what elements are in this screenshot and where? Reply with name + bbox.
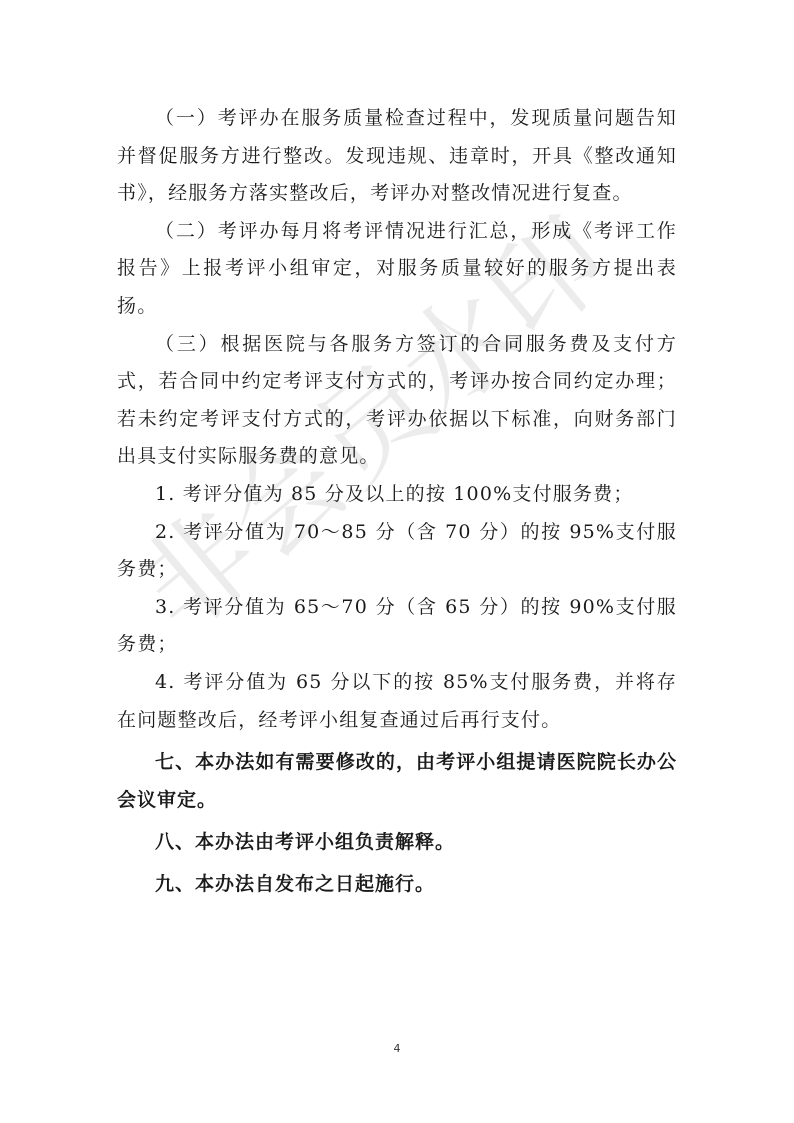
list-item-score-below-65: 4. 考评分值为 65 分以下的按 85%支付服务费，并将存在问题整改后，经考评… (117, 664, 677, 739)
section-seven-amendment: 七、本办法如有需要修改的，由考评小组提请医院院长办公会议审定。 (117, 743, 677, 819)
paragraph-monthly-summary: （二）考评办每月将考评情况进行汇总，形成《考评工作报告》上报考评小组审定，对服务… (117, 213, 677, 326)
page-number: 4 (0, 1042, 794, 1055)
document-page: 非会员水印 （一）考评办在服务质量检查过程中，发现质量问题告知并督促服务方进行整… (0, 0, 794, 1123)
list-item-score-85-plus: 1. 考评分值为 85 分及以上的按 100%支付服务费； (117, 476, 677, 514)
list-item-score-65-70: 3. 考评分值为 65～70 分（含 65 分）的按 90%支付服务费； (117, 589, 677, 664)
document-body: （一）考评办在服务质量检查过程中，发现质量问题告知并督促服务方进行整改。发现违规… (117, 100, 677, 903)
section-eight-interpretation: 八、本办法由考评小组负责解释。 (117, 823, 677, 861)
paragraph-payment-method: （三）根据医院与各服务方签订的合同服务费及支付方式，若合同中约定考评支付方式的，… (117, 326, 677, 476)
section-nine-effective-date: 九、本办法自发布之日起施行。 (117, 865, 677, 903)
paragraph-quality-inspection: （一）考评办在服务质量检查过程中，发现质量问题告知并督促服务方进行整改。发现违规… (117, 100, 677, 213)
list-item-score-70-85: 2. 考评分值为 70～85 分（含 70 分）的按 95%支付服务费； (117, 514, 677, 589)
